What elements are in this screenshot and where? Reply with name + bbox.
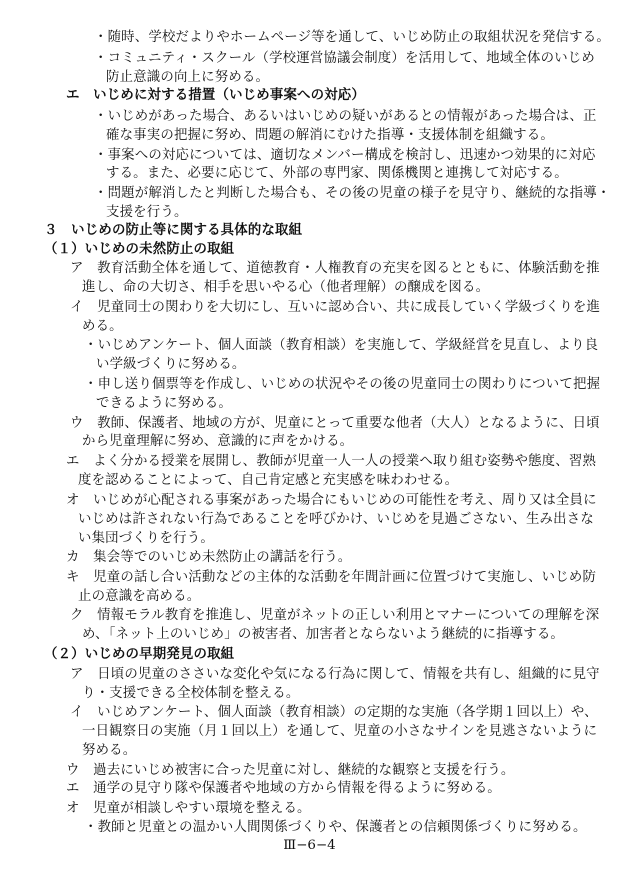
body-text-line: 確な事実の把握に努め、問題の解消にむけた指導・支援体制を組織する。 <box>106 126 554 145</box>
body-text-line: ・問題が解消したと判断した場合も、その後の児童の様子を見守り、継続的な指導・ <box>94 184 610 203</box>
body-text-line: 努める。 <box>82 741 136 760</box>
body-text-line: ク 情報モラル教育を推進し、児童がネットの正しい利用とマナーについての理解を深 <box>70 606 599 625</box>
page-number: Ⅲ−6−4 <box>0 838 619 853</box>
document-page: ・随時、学校だよりやホームページ等を通して、いじめ防止の取組状況を発信する。・コ… <box>0 0 619 882</box>
body-text-line: める。 <box>82 317 123 336</box>
body-text-line: り・支援できる全校体制を整える。 <box>82 684 299 703</box>
section-heading: ３ いじめの防止等に関する具体的な取組 <box>44 221 302 240</box>
body-text-line: め、「ネット上のいじめ」の被害者、加害者とならないよう継続的に指導する。 <box>82 625 564 644</box>
body-text-line: エ 通学の見守り隊や保護者や地域の方から情報を得るように努める。 <box>66 779 501 798</box>
body-text-line: イ いじめアンケート、個人面談（教育相談）の定期的な実施（各学期１回以上）や、 <box>70 703 598 722</box>
body-text-line: カ 集会等でのいじめ未然防止の講話を行う。 <box>66 548 351 567</box>
body-text-line: 支援を行う。 <box>106 203 188 222</box>
body-text-line: 防止意識の向上に努める。 <box>106 68 269 87</box>
body-text-line: ・申し送り個票等を作成し、いじめの状況やその後の児童同士の関わりについて把握 <box>84 375 600 394</box>
body-text-line: ・事案への対応については、適切なメンバー構成を検討し、迅速かつ効果的に対応 <box>94 146 596 165</box>
body-text-line: いじめは許されない行為であることを呼びかけ、いじめを見過ごさない、生み出さな <box>78 510 594 529</box>
body-text-line: ・随時、学校だよりやホームページ等を通して、いじめ防止の取組状況を発信する。 <box>94 28 610 47</box>
body-text-line: ・教師と児童との温かい人間関係づくりや、保護者との信頼関係づくりに努める。 <box>84 818 587 837</box>
body-text-line: 一日観察日の実施（月１回以上）を通して、児童の小さなサインを見逃さないように <box>82 722 597 741</box>
body-text-line: 止の意識を高める。 <box>78 587 200 606</box>
body-text-line: ・コミュニティ・スクール（学校運営協議会制度）を活用して、地域全体のいじめ <box>94 49 595 68</box>
body-text-line: ア 教育活動全体を通して、道徳教育・人権教育の充実を図るとともに、体験活動を推 <box>70 259 600 278</box>
body-text-line: ア 日頃の児童のささいな変化や気になる行為に関して、情報を共有し、組織的に見守 <box>70 665 600 684</box>
section-heading: エ いじめに対する措置（いじめ事案への対応） <box>66 86 365 105</box>
body-text-line: ウ 教師、保護者、地域の方が、児童にとって重要な他者（大人）となるように、日頃 <box>70 414 600 433</box>
body-text-line: 進し、命の大切さ、相手を思いやる心（他者理解）の醸成を図る。 <box>82 278 489 297</box>
section-heading: （１）いじめの未然防止の取組 <box>44 240 234 259</box>
body-text-line: できるように努める。 <box>96 394 232 413</box>
section-heading: （２）いじめの早期発見の取組 <box>44 645 234 664</box>
body-text-line: ・いじめがあった場合、あるいはいじめの疑いがあるとの情報があった場合は、正 <box>94 107 597 126</box>
body-text-line: から児童理解に努め、意識的に声をかける。 <box>82 432 353 451</box>
body-text-line: ウ 過去にいじめ被害に合った児童に対し、継続的な観察と支援を行う。 <box>66 761 515 780</box>
body-text-line: ・いじめアンケート、個人面談（教育相談）を実施して、学級経営を見直し、より良 <box>84 336 598 355</box>
body-text-line: オ いじめが心配される事案があった場合にもいじめの可能性を考え、周り又は全員に <box>66 491 597 510</box>
body-text-line: イ 児童同士の関わりを大切にし、互いに認め合い、共に成長していく学級づくりを進 <box>70 298 600 317</box>
body-text-line: い集団づくりを行う。 <box>78 529 214 548</box>
body-text-line: エ よく分かる授業を展開し、教師が児童一人一人の授業へ取り組む姿勢や態度、習熟 <box>66 452 596 471</box>
body-text-line: 度を認めることによって、自己肯定感と充実感を味わわせる。 <box>78 471 458 490</box>
body-text-line: キ 児童の話し合い活動などの主体的な活動を年間計画に位置づけて実施し、いじめ防 <box>66 568 596 587</box>
body-text-line: オ 児童が相談しやすい環境を整える。 <box>66 799 311 818</box>
body-text-line: い学級づくりに努める。 <box>96 355 246 374</box>
body-text-line: する。また、必要に応じて、外部の専門家、関係機関と連携して対応する。 <box>106 164 568 183</box>
